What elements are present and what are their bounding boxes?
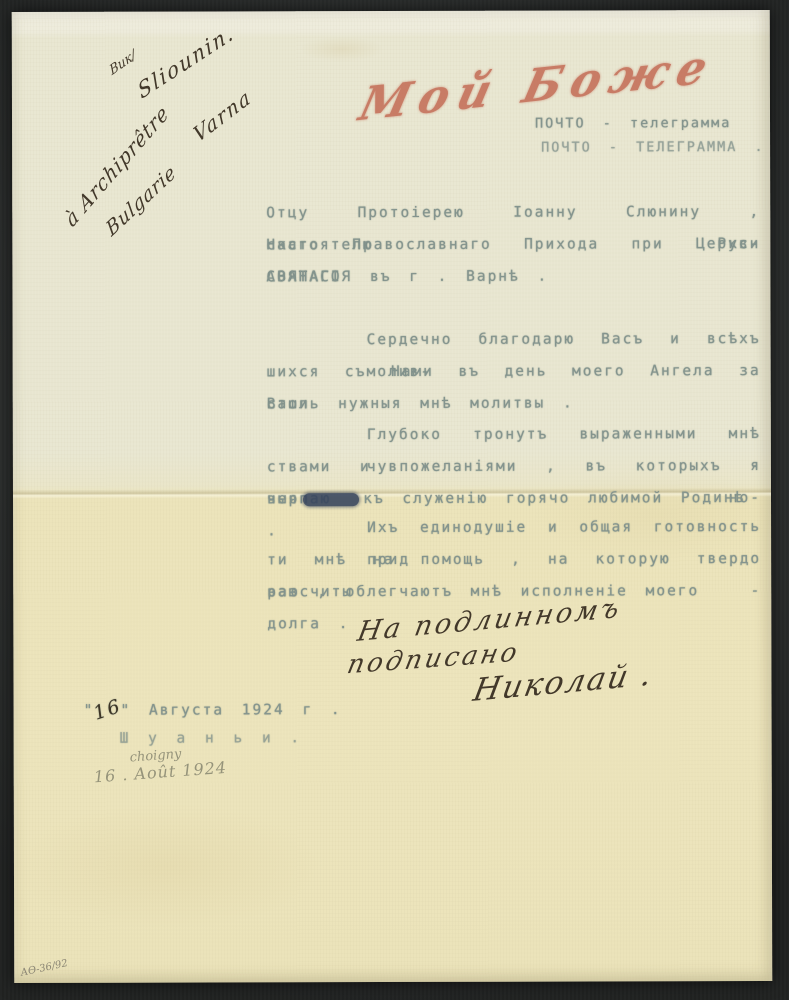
paragraph-unity: Ихъ единодушіе и общая готовность прид т… [267, 511, 761, 608]
typed-line: ти мнѣ на помощь , на которую твердо раз… [267, 543, 761, 576]
handwritten-day: 16 [91, 695, 125, 725]
typed-place: Ш у а н ь и . [120, 730, 302, 746]
typed-line: Глубоко тронутъ выраженными мнѣ чув - [267, 418, 761, 451]
handwritten-address-abbrev: Вик/ [108, 47, 138, 79]
letter-paper: Вик/ Sliounin. à Archiprêtre Varna Bulga… [12, 10, 773, 983]
paragraph-feelings: Глубоко тронутъ выраженными мнѣ чув - ст… [267, 418, 761, 515]
typed-line: Ихъ единодушіе и общая готовность прид [267, 511, 761, 544]
typed-line: ствами и пожеланіями , въ которыхъ я чер… [267, 450, 761, 483]
header-line-2: ПОЧТО - ТЕЛЕГРАММА . [535, 135, 765, 160]
archive-mark: АѲ-36/92 [20, 958, 69, 979]
typed-line: АѲАНАСІЯ въ г . Варнѣ . [266, 260, 760, 293]
paragraph-thanks: Сердечно благодарю Васъ и всѣхъ молив- ш… [267, 323, 761, 420]
dateline: "16" Августа 1924 г . [84, 697, 342, 720]
paragraph-addressee: Отцу Протоіерею Іоанну Слюнину , Настоят… [266, 196, 760, 293]
typed-line: шихся съ Нами въ день моего Ангела за Ва… [267, 355, 761, 388]
typed-line: Отцу Протоіерею Іоанну Слюнину , Настоят… [266, 196, 760, 229]
document-scan: Вик/ Sliounin. à Archiprêtre Varna Bulga… [0, 0, 789, 1000]
typed-line: столь нужныя мнѣ молитвы . [267, 387, 761, 420]
typed-line: Сердечно благодарю Васъ и всѣхъ молив- [267, 323, 761, 356]
typed-header: ПОЧТО - телеграмма ПОЧТО - ТЕЛЕГРАММА . [535, 111, 765, 160]
ink-blot [303, 493, 359, 506]
typed-line: скаго Православнаго Прихода при Церкви С… [266, 228, 760, 261]
header-line-1: ПОЧТО - телеграмма [535, 111, 765, 136]
handwritten-address-city: Varna [190, 83, 255, 147]
typed-date: Августа 1924 г . [149, 702, 342, 719]
typed-line-fragment: выя [267, 491, 299, 507]
handwritten-address-name: Sliounin. [135, 19, 237, 104]
pencil-date: 16 . Août 1924 [93, 758, 227, 787]
